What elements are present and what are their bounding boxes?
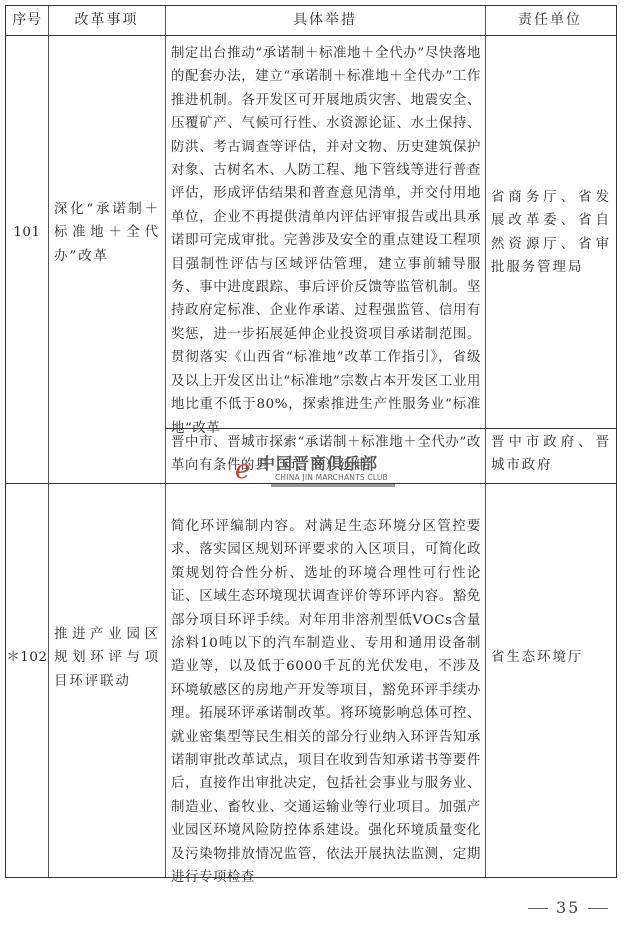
col-divider [485,6,486,877]
header-divider [6,35,616,36]
reform-measures-table: 序号 改革事项 具体举措 责任单位 101 深化“承诺制＋标准地＋全代办”改革 … [5,5,617,878]
row-divider [6,483,616,484]
row-101-seq: 101 [6,221,48,244]
row-101-unit-2: 晋中市政府、晋城市政府 [491,431,611,478]
col-divider [165,6,166,877]
header-measures: 具体举措 [165,6,485,35]
row-101-measures-1: 制定出台推动“承诺制＋标准地＋全代办”尽快落地的配套办法，建立“承诺制＋标准地＋… [171,42,481,440]
header-unit: 责任单位 [485,6,615,35]
row-101-measures-2: 晋中市、晋城市探索“承诺制＋标准地＋全代办”改革向有条件的县（市、区）延伸 [171,431,481,478]
row-102-item: 推进产业园区规划环评与项目环评联动 [54,623,160,693]
page-number-value: 35 [556,898,580,917]
dash-right [588,908,608,909]
row-102-seq: ＊102 [6,646,48,669]
row-102-measures: 简化环评编制内容。对满足生态环境分区管控要求、落实园区规划环评要求的入区项目，可… [171,515,481,890]
header-item: 改革事项 [48,6,165,35]
row-101-item: 深化“承诺制＋标准地＋全代办”改革 [54,198,160,268]
page-number: 35 [520,898,616,917]
col-divider [48,6,49,877]
dash-left [528,908,548,909]
header-seq: 序号 [6,6,48,35]
row-102-unit: 省生态环境厅 [491,646,611,669]
row-101-unit-1: 省商务厅、省发展改革委、省自然资源厅、省审批服务管理局 [491,186,611,280]
